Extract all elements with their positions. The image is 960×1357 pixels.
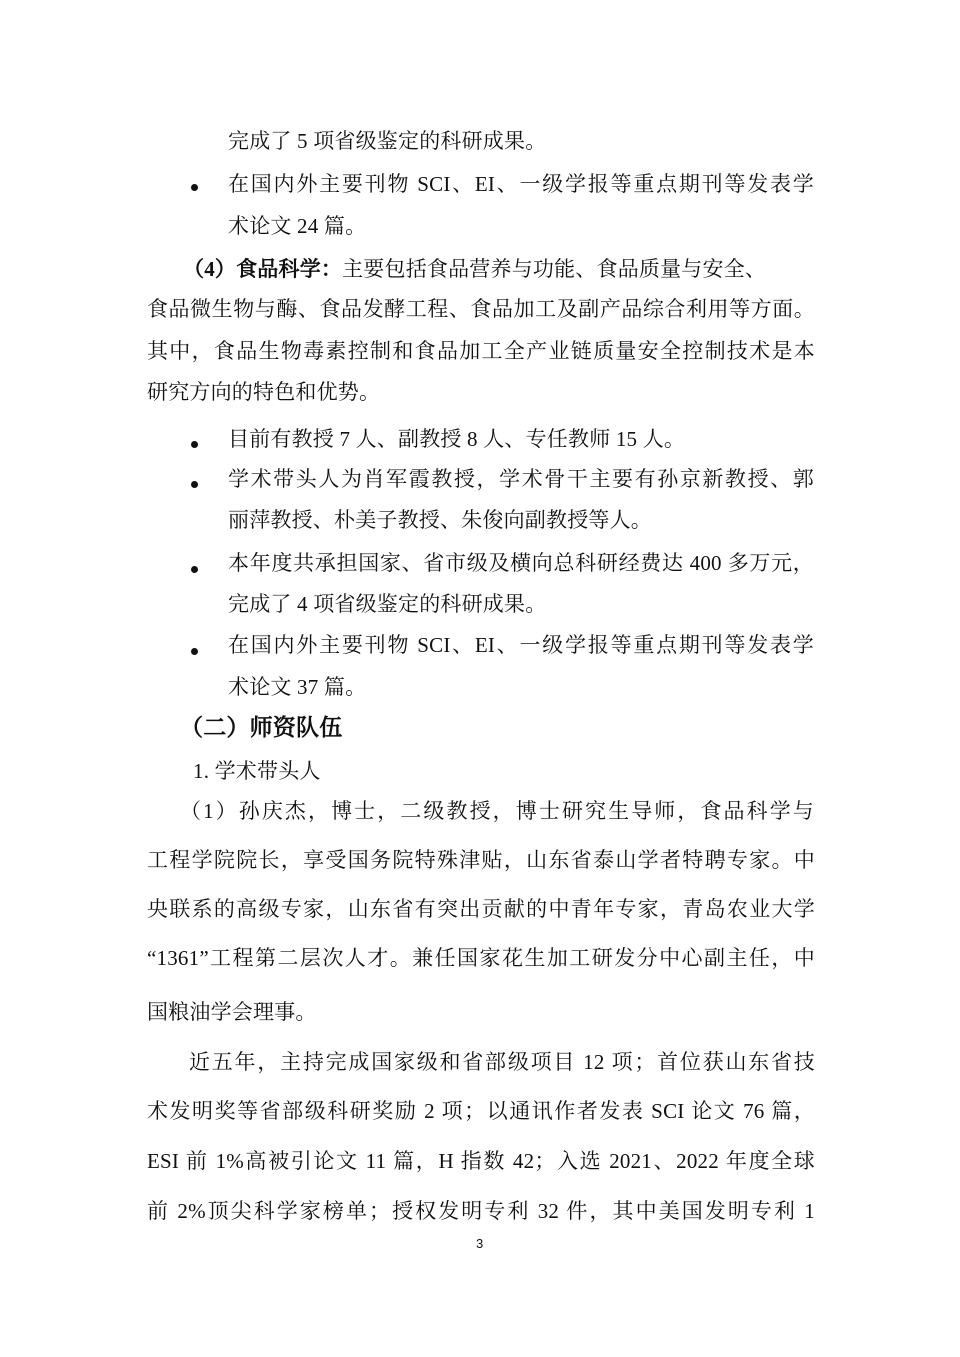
text-line: 完成了 4 项省级鉴定的科研成果。	[228, 594, 546, 615]
bullet-icon	[191, 566, 198, 573]
list-item: 学术带头人为肖军霞教授，学术骨干主要有孙京新教授、郭	[228, 469, 814, 490]
text-line: 央联系的高级专家，山东省有突出贡献的中青年专家，青岛农业大学	[147, 899, 815, 920]
page-number: 3	[476, 1236, 483, 1251]
text-line: 术论文 37 篇。	[228, 677, 366, 698]
bullet-icon	[191, 184, 198, 191]
section-paragraph: （4）食品科学：主要包括食品营养与功能、食品质量与安全、	[183, 259, 766, 280]
bullet-icon	[191, 441, 198, 448]
text-line: 前 2%顶尖科学家榜单；授权发明专利 32 件，其中美国发明专利 1	[147, 1201, 815, 1222]
text-line: 丽萍教授、朴美子教授、朱俊向副教授等人。	[228, 510, 652, 531]
text-line: （1）孙庆杰，博士，二级教授，博士研究生导师，食品科学与	[180, 801, 814, 822]
text-line: 术论文 24 篇。	[228, 216, 366, 237]
text-line: 研究方向的特色和优势。	[147, 382, 380, 403]
bullet-icon	[191, 481, 198, 488]
text-line: 近五年，主持完成国家级和省部级项目 12 项；首位获山东省技	[189, 1052, 815, 1073]
bullet-icon	[191, 648, 198, 655]
subsection-heading: 1. 学术带头人	[193, 761, 321, 782]
list-item: 本年度共承担国家、省市级及横向总科研经费达 400 多万元，	[228, 553, 814, 574]
text-line: 食品微生物与酶、食品发酵工程、食品加工及副产品综合利用等方面。	[147, 299, 815, 320]
list-item: 在国内外主要刊物 SCI、EI、一级学报等重点期刊等发表学	[228, 635, 814, 656]
text-line: 国粮油学会理事。	[147, 1002, 317, 1023]
text-line: “1361”工程第二层次人才。兼任国家花生加工研发分中心副主任，中	[147, 948, 815, 969]
list-item: 目前有教授 7 人、副教授 8 人、专任教师 15 人。	[228, 429, 685, 450]
text-line: 其中，食品生物毒素控制和食品加工全产业链质量安全控制技术是本	[147, 341, 815, 362]
text-line: 在国内外主要刊物 SCI、EI、一级学报等重点期刊等发表学	[228, 174, 814, 195]
section-heading: （二）师资队伍	[180, 716, 342, 739]
text-line: ESI 前 1%高被引论文 11 篇，H 指数 42；入选 2021、2022 …	[147, 1151, 815, 1172]
section-label: （4）食品科学：	[183, 257, 342, 281]
text-line: 术发明奖等省部级科研奖励 2 项；以通讯作者发表 SCI 论文 76 篇，	[147, 1101, 815, 1122]
section-text: 主要包括食品营养与功能、食品质量与安全、	[342, 257, 766, 281]
text-line: 完成了 5 项省级鉴定的科研成果。	[228, 131, 546, 152]
text-line: 工程学院院长，享受国务院特殊津贴，山东省泰山学者特聘专家。中	[147, 850, 815, 871]
